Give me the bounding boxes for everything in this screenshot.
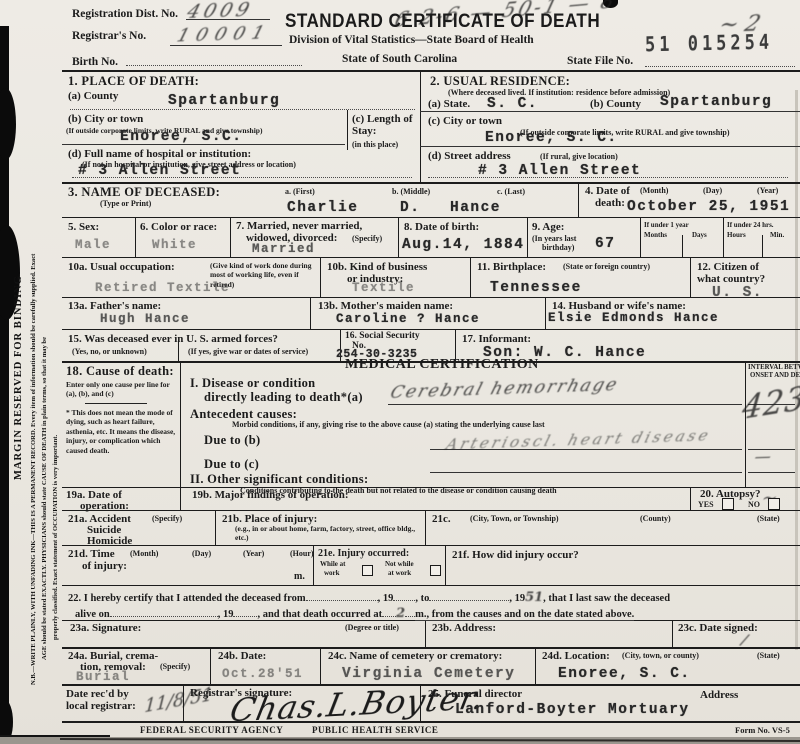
date-received-label-2: local registrar: [66, 700, 136, 712]
age-note: (In years last [532, 234, 576, 243]
while-at-work-checkbox [362, 565, 373, 576]
state-name: State of South Carolina [342, 53, 457, 65]
how-injury-occurred-label: 21f. How did injury occur? [452, 549, 579, 561]
sex-value: Male [75, 238, 111, 252]
first-name-value: Charlie [287, 200, 358, 216]
dotted-blank [429, 591, 509, 601]
dotted-blank [110, 607, 218, 617]
place-of-injury-note: (e.g., in or about home, farm, factory, … [235, 524, 417, 543]
accident-specify-note: (Specify) [152, 514, 182, 523]
certify-text-1: 22. I hereby certify that I attended the… [68, 593, 306, 604]
occupation-label: 10a. Usual occupation: [68, 261, 175, 273]
middle-name-label: b. (Middle) [392, 187, 430, 196]
business-value: Textile [352, 281, 415, 295]
burial-date-label: 24b. Date: [218, 650, 266, 662]
autopsy-no-checkbox [768, 498, 780, 510]
certify-text-2: , 19 [378, 593, 394, 604]
operation-date-label-2: operation: [80, 500, 129, 512]
informant-label: 17. Informant: [462, 333, 531, 345]
certify-text-4: , 19 [509, 593, 525, 604]
not-while-at-work-label: Not while [385, 560, 414, 568]
not-while-at-work-label-2: at work [388, 569, 411, 577]
race-value: White [152, 238, 197, 252]
residence-city-value: Enoree, S. C. [485, 130, 618, 146]
cause-footnote: * This does not mean the mode of dying, … [66, 408, 178, 455]
days-label: Days [692, 231, 707, 239]
county-note: (County) [640, 514, 671, 523]
under-24-hrs-label: If under 24 hrs. [727, 221, 774, 229]
federal-agency-label: FEDERAL SECURITY AGENCY [140, 725, 283, 735]
first-name-label: a. (First) [285, 187, 315, 196]
burial-location-note-1: (City, town, or county) [622, 651, 699, 660]
hospital-value: # 3 Allen Street [78, 163, 241, 179]
medical-certification-title: MEDICAL CERTIFICATION [345, 357, 539, 373]
homicide-label: Homicide [87, 535, 132, 547]
interval-handwriting: 4230 [740, 375, 800, 427]
date-of-death-label-2: death: [595, 197, 625, 209]
cemetery-value: Virginia Cemetery [342, 666, 515, 682]
funeral-director-value: Lanford-Boyter Mortuary [455, 702, 690, 718]
dotted-blank [405, 607, 415, 617]
certify-text-5: , that I last saw the deceased [543, 593, 670, 604]
cause-a-handwriting: Cerebral hemorrhage [388, 375, 621, 403]
marital-status-label: 7. Married, never married, [236, 220, 362, 232]
signature-label: 23a. Signature: [70, 622, 141, 634]
funeral-director-address-label: Address [700, 689, 738, 701]
mother-name-value: Caroline ? Hance [336, 312, 480, 326]
burial-date-value: Oct.28'51 [222, 667, 303, 681]
injury-hour-label: (Hour) [290, 549, 314, 558]
street-address-label: (d) Street address [428, 150, 511, 162]
death-certificate-scan: MARGIN RESERVED FOR BINDING N.B.—WRITE P… [0, 0, 800, 744]
street-address-note: (If rural, give location) [540, 152, 618, 161]
length-of-stay-label: (c) Length of [352, 113, 413, 125]
county-label: (a) County [68, 90, 118, 102]
form-subtitle: Division of Vital Statistics—State Board… [289, 34, 534, 46]
certify-text-6: alive on [75, 609, 110, 620]
mother-name-label: 13b. Mother's maiden name: [318, 300, 453, 312]
hours-label: Hours [727, 231, 746, 239]
birthplace-label: 11. Birthplace: [477, 261, 546, 273]
due-to-c-label: Due to (c) [204, 457, 259, 472]
cause-of-death-heading: 18. Cause of death: [66, 364, 174, 379]
registration-district-label: Registration Dist. No. [72, 8, 178, 20]
date-of-death-value: October 25, 1951 [627, 199, 790, 215]
state-file-number-label: State File No. [567, 55, 633, 67]
binding-margin-line3: properly classified. Exact statement of … [52, 80, 59, 640]
age-note-2: birthday) [542, 243, 574, 252]
state-note: (State) [757, 514, 780, 523]
birthplace-note: (State or foreign country) [563, 262, 650, 271]
residence-county-label: (b) County [590, 98, 641, 110]
county-value: Spartanburg [168, 93, 280, 109]
age-value: 67 [595, 236, 615, 252]
birthplace-value: Tennessee [490, 280, 582, 296]
usual-residence-heading: 2. USUAL RESIDENCE: [430, 74, 570, 89]
death-day-label: (Day) [703, 186, 722, 195]
dotted-blank [382, 607, 396, 617]
other-conditions-label: II. Other significant conditions: [190, 472, 368, 487]
public-health-label: PUBLIC HEALTH SERVICE [312, 725, 438, 735]
race-label: 6. Color or race: [140, 221, 217, 233]
father-name-label: 13a. Father's name: [68, 300, 161, 312]
while-at-work-label: While at [320, 560, 345, 568]
armed-forces-note-1: (Yes, no, or unknown) [72, 347, 147, 356]
spouse-name-value: Elsie Edmonds Hance [548, 311, 719, 325]
occupation-value: Retired Textile [95, 281, 230, 295]
months-label: Months [644, 231, 667, 239]
certify-line-2: alive on, 19, and that death occurred at… [75, 606, 634, 621]
dotted-blank [306, 591, 378, 601]
autopsy-yes-label: YES [698, 500, 714, 509]
binding-margin-title: MARGIN RESERVED FOR BINDING [13, 60, 24, 480]
injury-day-label: (Day) [192, 549, 211, 558]
citizen-label: 12. Citizen of [697, 261, 759, 273]
city-township-note: (City, Town, or Township) [470, 514, 559, 523]
street-address-value: # 3 Allen Street [478, 163, 641, 179]
length-of-stay-label-2: Stay: [352, 125, 376, 137]
death-year-label: (Year) [757, 186, 778, 195]
certify-year-handwriting: 51 [525, 590, 543, 605]
business-label: 10b. Kind of business [327, 261, 427, 273]
middle-name-value: D. [400, 200, 420, 216]
certify-text-3: , to [415, 593, 429, 604]
leading-to-death-label: directly leading to death*(a) [204, 390, 363, 405]
interval-heading-1: INTERVAL BETWEEN [748, 364, 800, 371]
certify-hour-handwriting: 2 [396, 606, 405, 621]
while-at-work-label-2: work [324, 569, 340, 577]
address-23b-label: 23b. Address: [432, 622, 496, 634]
death-month-label: (Month) [640, 186, 668, 195]
date-of-birth-value: Aug.14, 1884 [402, 237, 524, 253]
marital-specify-note: (Specify) [352, 234, 382, 243]
autopsy-yes-checkbox [722, 498, 734, 510]
ssn-label: 16. Social Security [345, 331, 420, 341]
major-findings-label: 19b. Major findings of operation: [192, 489, 349, 501]
injury-year-label: (Year) [243, 549, 264, 558]
injury-month-label: (Month) [130, 549, 158, 558]
time-of-injury-label-2: of injury: [82, 560, 127, 572]
injury-occurred-label: 21e. Injury occurred: [318, 548, 409, 559]
dotted-blank [233, 607, 257, 617]
father-name-value: Hugh Hance [100, 312, 190, 326]
disease-condition-label: I. Disease or condition [190, 376, 315, 391]
binding-margin-line2: AGE should be stated EXACTLY. PHYSICIANS… [41, 60, 48, 660]
armed-forces-note-2: (If yes, give war or dates of service) [188, 347, 308, 356]
due-to-b-label: Due to (b) [204, 433, 260, 448]
residence-city-label: (c) City or town [428, 115, 502, 127]
burial-location-label: 24d. Location: [542, 650, 610, 662]
usual-residence-note: (Where deceased lived. If institution: r… [448, 88, 670, 97]
header-handwriting-2: ~ 2 [716, 11, 763, 37]
degree-title-note: (Degree or title) [345, 623, 399, 632]
injury-21c-label: 21c. [432, 513, 451, 525]
dotted-blank [393, 591, 415, 601]
date-of-death-label: 4. Date of [585, 185, 630, 197]
residence-state-value: S. C. [487, 96, 538, 112]
funeral-director-label: 25. Funeral director [428, 688, 522, 700]
autopsy-no-label: NO [748, 500, 760, 509]
certify-text-8: , and that death occurred at [257, 609, 382, 620]
morbid-conditions-note: Morbid conditions, if any, giving rise t… [232, 420, 545, 429]
binding-margin-line1: N.B.—WRITE PLAINLY, WITH UNFADING INK—TH… [30, 40, 37, 685]
registrar-number-label: Registrar's No. [72, 30, 146, 42]
residence-county-value: Spartanburg [660, 94, 772, 110]
min-label: Min. [770, 231, 784, 239]
city-town-label: (b) City or town [68, 113, 143, 125]
last-name-value: Hance [450, 200, 501, 216]
certify-text-7: , 19 [218, 609, 234, 620]
citizen-label-2: what country? [697, 273, 765, 285]
hospital-label: (d) Full name of hospital or institution… [68, 148, 251, 160]
cemetery-label: 24c. Name of cemetery or crematory: [328, 650, 502, 662]
not-while-at-work-checkbox [430, 565, 441, 576]
sex-label: 5. Sex: [68, 221, 99, 233]
residence-state-label: (a) State. [428, 98, 470, 110]
interval-heading-2: ONSET AND DEATH [750, 372, 800, 379]
last-name-label: c. (Last) [497, 187, 525, 196]
age-label: 9. Age: [532, 221, 564, 233]
burial-location-value: Enoree, S. C. [558, 666, 691, 682]
marital-status-value: Married [252, 242, 315, 256]
citizen-value: U. S. [712, 285, 763, 301]
form-number-label: Form No. VS-5 [735, 725, 790, 735]
cause-instruction-note: Enter only one cause per line for (a), (… [66, 380, 176, 399]
burial-location-note-2: (State) [757, 651, 780, 660]
city-town-value: Enoree, S.C. [120, 129, 242, 145]
armed-forces-label: 15. Was deceased ever in U. S. armed for… [68, 333, 278, 345]
burial-specify-note: (Specify) [160, 662, 190, 671]
injury-m-label: m. [294, 571, 305, 582]
certify-line-1: 22. I hereby certify that I attended the… [68, 590, 670, 605]
place-of-death-heading: 1. PLACE OF DEATH: [68, 74, 199, 89]
under-1-year-label: If under 1 year [644, 221, 689, 229]
certify-text-9: m., from the causes and on the date stat… [415, 609, 634, 621]
registrar-number-value: 10001 [174, 22, 273, 46]
burial-value: Burial [76, 670, 130, 684]
type-or-print-note: (Type or Print) [100, 199, 151, 208]
name-of-deceased-heading: 3. NAME OF DECEASED: [68, 185, 220, 200]
time-of-injury-label: 21d. Time [68, 548, 115, 560]
date-of-birth-label: 8. Date of birth: [404, 221, 479, 233]
birth-number-label: Birth No. [72, 56, 118, 68]
length-of-stay-note: (in this place) [352, 140, 398, 149]
date-received-label: Date rec'd by [66, 688, 129, 700]
